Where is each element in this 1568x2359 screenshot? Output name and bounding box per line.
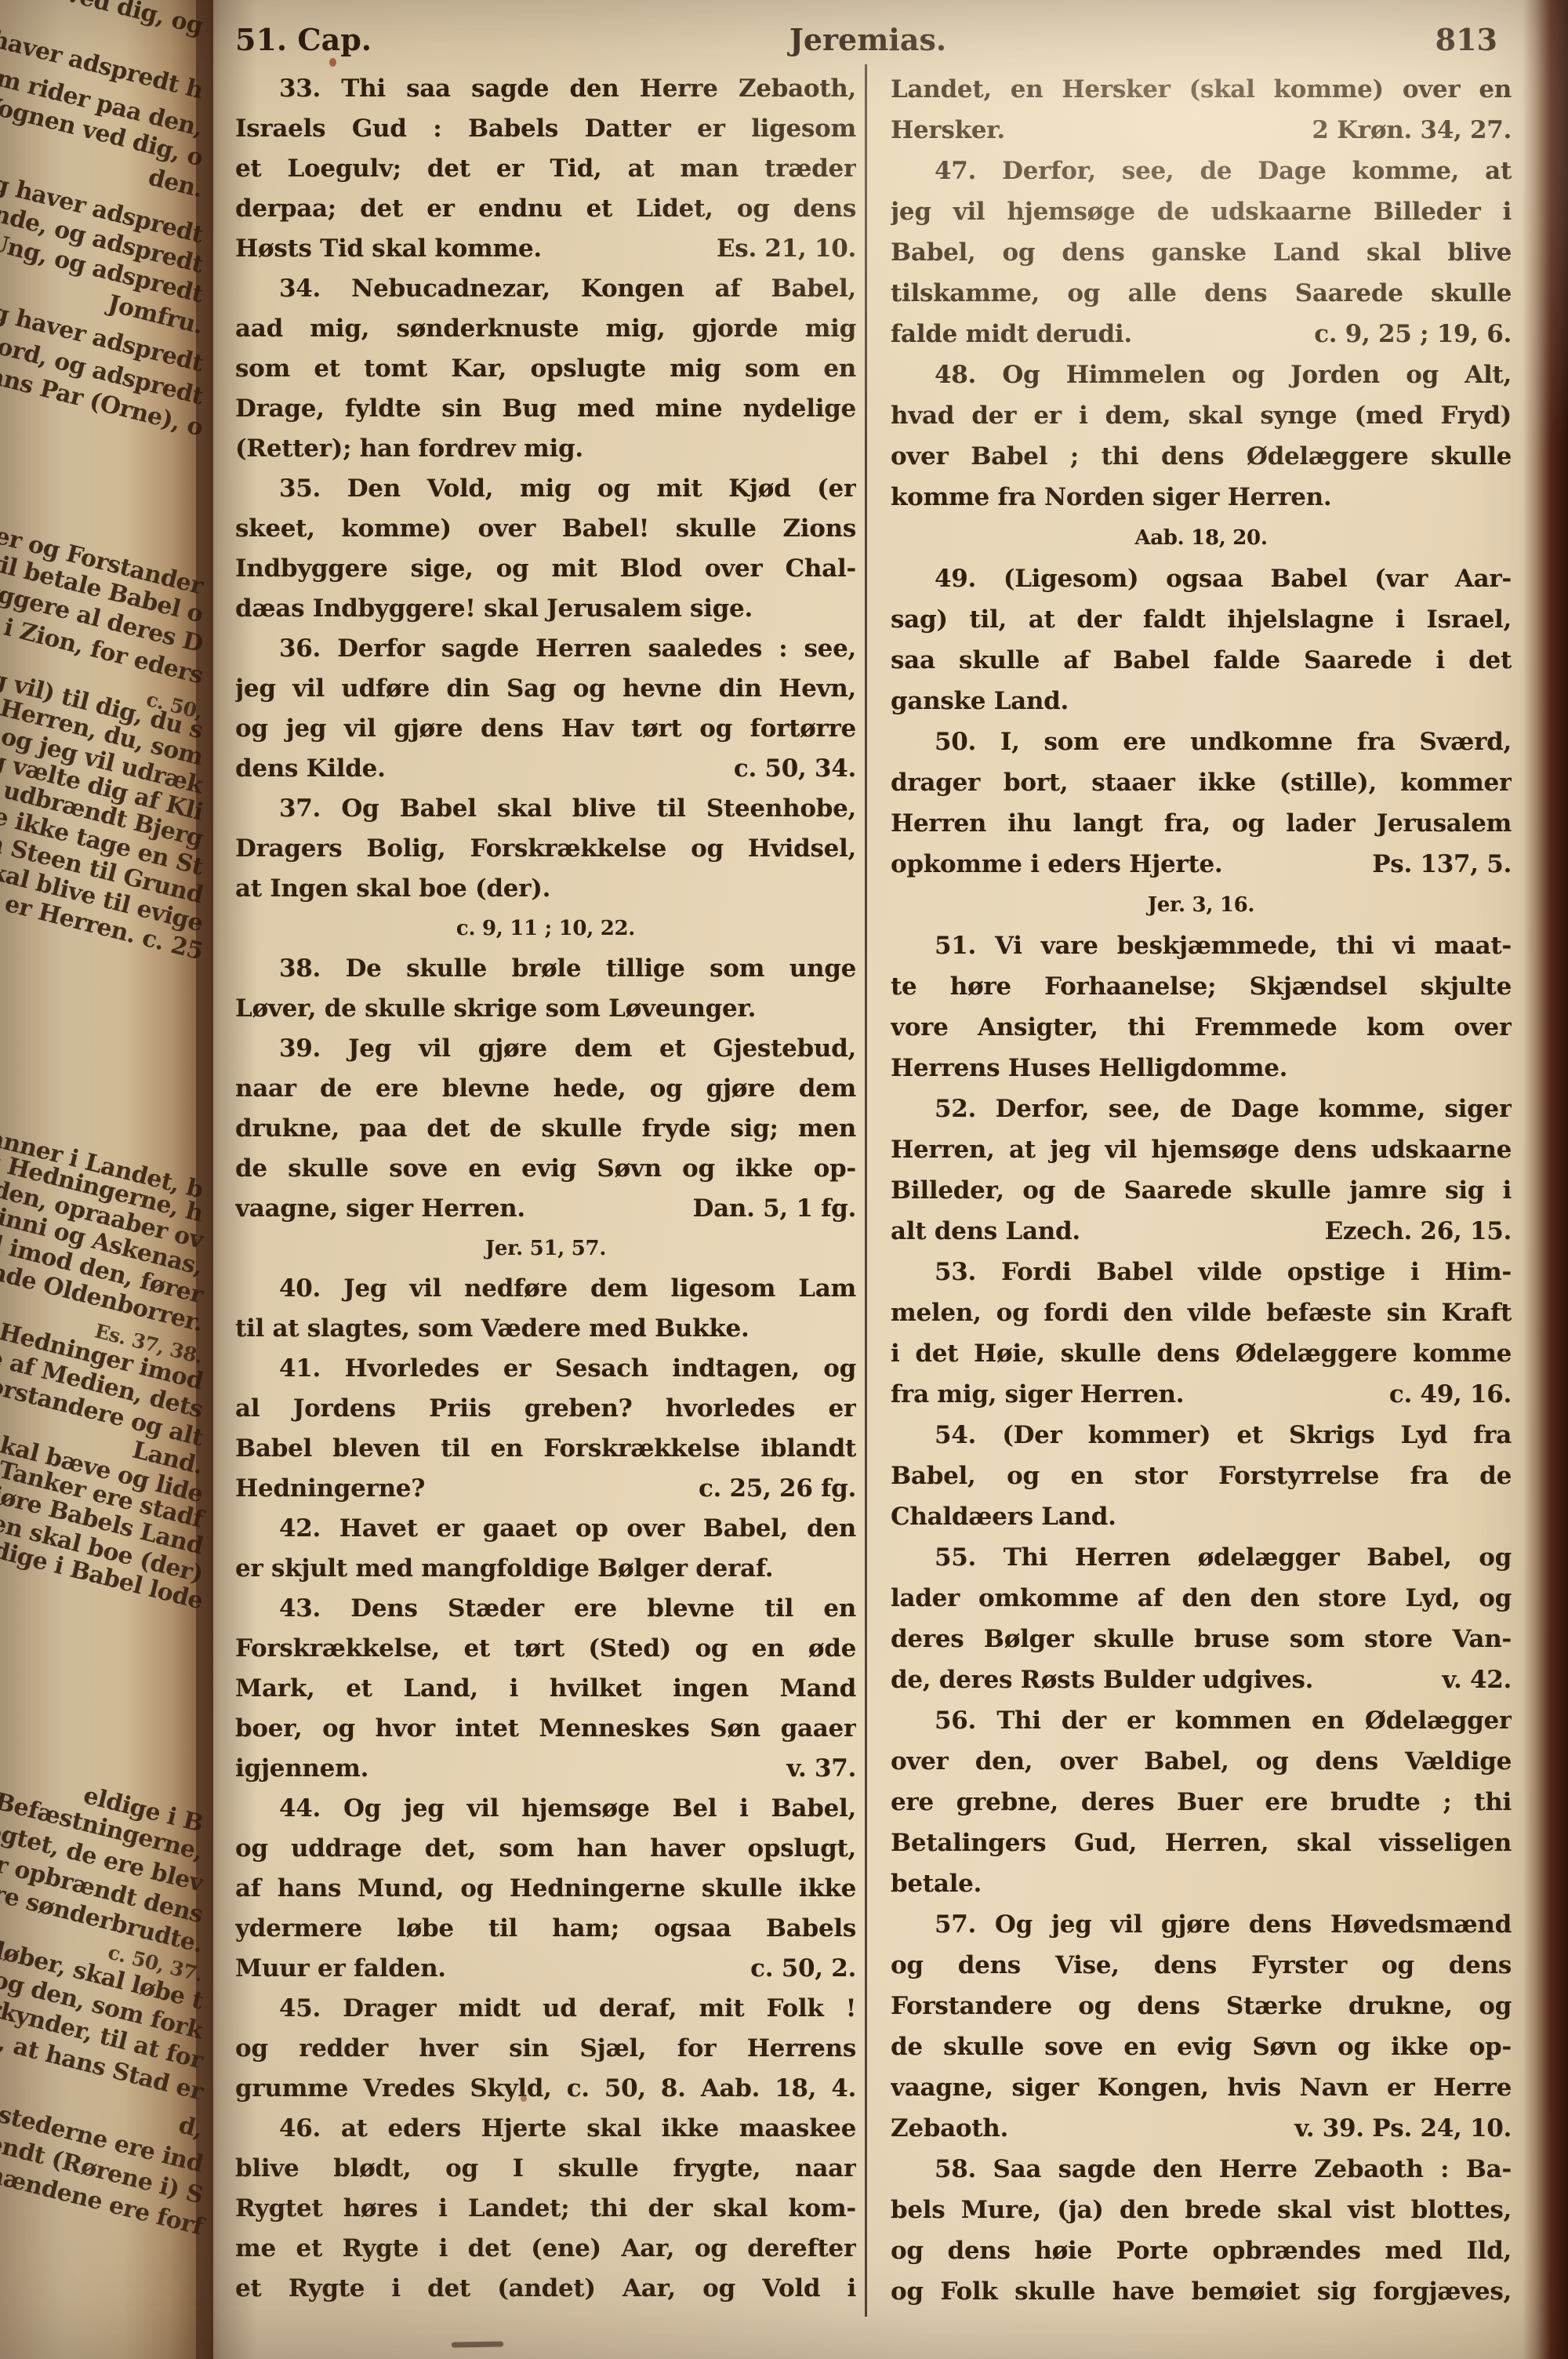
previous-page-curved-edge: inger ved dig, oghaver adspredt hom ride… bbox=[0, 0, 213, 2359]
verse-text-line: Herren, at jeg vil hjemsøge dens udskaar… bbox=[891, 1129, 1512, 1170]
verse-text-line: de, deres Røsts Bulder udgives.v. 42. bbox=[891, 1659, 1512, 1700]
verse-text-line: sag) til, at der faldt ihjelslagne i Isr… bbox=[891, 599, 1512, 640]
verse-text-line: 38. De skulle brøle tillige som unge bbox=[235, 949, 856, 989]
verse-text-line: 47. Derfor, see, de Dage komme, at bbox=[891, 151, 1512, 191]
verse-text: de, deres Røsts Bulder udgives. bbox=[891, 1659, 1313, 1700]
verse-text-line: 46. at eders Hjerte skal ikke maaskee bbox=[235, 2109, 856, 2149]
verse-text-line: al Jordens Priis greben? hvorledes er bbox=[235, 1389, 856, 1429]
verse-text-line: drukne, paa det de skulle fryde sig; men bbox=[235, 1109, 856, 1149]
verse-text-line: Drage, fyldte sin Bug med mine nydelige bbox=[235, 389, 856, 429]
verse-text-line: saa skulle af Babel falde Saarede i det bbox=[891, 640, 1512, 681]
verse-text-line: 57. Og jeg vil gjøre dens Høvedsmænd bbox=[891, 1904, 1512, 1945]
verse-text-line: 54. (Der kommer) et Skrigs Lyd fra bbox=[891, 1415, 1512, 1456]
cross-reference-line: Jer. 51, 57. bbox=[235, 1229, 856, 1269]
verse-text-line: jeg vil udføre din Sag og hevne din Hevn… bbox=[235, 669, 856, 709]
verse-text-line: 39. Jeg vil gjøre dem et Gjestebud, bbox=[235, 1029, 856, 1069]
book-title: Jeremias. bbox=[213, 22, 1523, 57]
verse-text-line: aad mig, sønderknuste mig, gjorde mig bbox=[235, 309, 856, 349]
verse-text-line: tilskamme, og alle dens Saarede skulle bbox=[891, 273, 1512, 314]
verse-text-line: Landet, en Hersker (skal komme) over en bbox=[891, 69, 1512, 110]
verse-text-line: Herren ihu langt fra, og lader Jerusalem bbox=[891, 803, 1512, 844]
verse-text-line: jeg vil hjemsøge de udskaarne Billeder i bbox=[891, 191, 1512, 232]
cross-reference-line: Jer. 3, 16. bbox=[891, 885, 1512, 925]
verse-text-line: 50. I, som ere undkomne fra Sværd, bbox=[891, 722, 1512, 762]
verse-reference: c. 25, 26 fg. bbox=[683, 1469, 856, 1509]
page-edge-mark bbox=[452, 2341, 503, 2347]
verse-reference: c. 50, 34. bbox=[718, 749, 856, 789]
verse-text-line: opkomme i eders Hjerte.Ps. 137, 5. bbox=[891, 844, 1512, 885]
verse-text-line: bels Mure, (ja) den brede skal vist blot… bbox=[891, 2190, 1512, 2230]
verse-reference: Dan. 5, 1 fg. bbox=[677, 1189, 856, 1229]
verse-text-line: de skulle sove en evig Søvn og ikke op- bbox=[891, 2026, 1512, 2067]
verse-text-line: de skulle sove en evig Søvn og ikke op- bbox=[235, 1149, 856, 1189]
verse-text-line: Løver, de skulle skrige som Løveunger. bbox=[235, 989, 856, 1029]
verse-text-line: dæas Indbyggere! skal Jerusalem sige. bbox=[235, 589, 856, 629]
verse-reference: v. 37. bbox=[771, 1749, 856, 1789]
verse-text-line: 48. Og Himmelen og Jorden og Alt, bbox=[891, 354, 1512, 395]
text-column-right: Landet, en Hersker (skal komme) over enH… bbox=[891, 69, 1512, 2312]
verse-text-line: melen, og fordi den vilde befæste sin Kr… bbox=[891, 1292, 1512, 1333]
verse-text: fra mig, siger Herren. bbox=[891, 1374, 1184, 1415]
page-number: 813 bbox=[1436, 22, 1497, 57]
verse-text-line: skeet, komme) over Babel! skulle Zions bbox=[235, 509, 856, 549]
verse-reference: v. 39. Ps. 24, 10. bbox=[1279, 2108, 1512, 2149]
verse-text-line: Billeder, og de Saarede skulle jamre sig… bbox=[891, 1170, 1512, 1211]
verse-text-line: lader omkomme af den den store Lyd, og bbox=[891, 1578, 1512, 1619]
verse-text-line: betale. bbox=[891, 1863, 1512, 1904]
verse-text-line: 33. Thi saa sagde den Herre Zebaoth, bbox=[235, 69, 856, 109]
verse-text-line: et Loegulv; det er Tid, at man træder bbox=[235, 149, 856, 189]
verse-reference: Ezech. 26, 15. bbox=[1309, 1211, 1512, 1252]
text-column-left: 33. Thi saa sagde den Herre Zebaoth,Isra… bbox=[235, 69, 856, 2309]
verse-text-line: Forstandere og dens Stærke drukne, og bbox=[891, 1986, 1512, 2026]
verse-text-line: falde midt derudi.c. 9, 25 ; 19, 6. bbox=[891, 314, 1512, 354]
verse-text-line: Babel bleven til en Forskrækkelse ibland… bbox=[235, 1429, 856, 1469]
verse-text-line: vaagne, siger Kongen, hvis Navn er Herre bbox=[891, 2067, 1512, 2108]
verse-text-line: 41. Hvorledes er Sesach indtagen, og bbox=[235, 1349, 856, 1389]
verse-text: Muur er falden. bbox=[235, 1949, 446, 1989]
verse-text-line: og Folk skulle have bemøiet sig forgjæve… bbox=[891, 2271, 1512, 2312]
verse-text: igjennem. bbox=[235, 1749, 368, 1789]
verse-text-line: 55. Thi Herren ødelægger Babel, og bbox=[891, 1537, 1512, 1578]
verse-text-line: naar de ere blevne hede, og gjøre dem bbox=[235, 1069, 856, 1109]
verse-text-line: Herrens Huses Helligdomme. bbox=[891, 1048, 1512, 1089]
verse-reference: c. 50, 2. bbox=[735, 1949, 856, 1989]
column-divider-rule bbox=[865, 64, 867, 2317]
verse-text-line: Chaldæers Land. bbox=[891, 1496, 1512, 1537]
verse-text-line: et Rygte i det (andet) Aar, og Vold i bbox=[235, 2269, 856, 2309]
verse-text-line: Muur er falden.c. 50, 2. bbox=[235, 1949, 856, 1989]
verse-text-line: og dens Vise, dens Fyrster og dens bbox=[891, 1945, 1512, 1986]
verse-text-line: me et Rygte i det (ene) Aar, og derefter bbox=[235, 2229, 856, 2269]
verse-text-line: Betalingers Gud, Herren, skal visseligen bbox=[891, 1823, 1512, 1863]
verse-text-line: 36. Derfor sagde Herren saaledes : see, bbox=[235, 629, 856, 669]
verse-text-line: boer, og hvor intet Menneskes Søn gaaer bbox=[235, 1709, 856, 1749]
verse-text-line: 51. Vi vare beskjæmmede, thi vi maat- bbox=[891, 925, 1512, 966]
verse-text: opkomme i eders Hjerte. bbox=[891, 844, 1222, 885]
verse-text-line: deres Bølger skulle bruse som store Van- bbox=[891, 1619, 1512, 1659]
verse-text-line: 40. Jeg vil nedføre dem ligesom Lam bbox=[235, 1269, 856, 1309]
verse-text-line: og uddrage det, som han haver opslugt, bbox=[235, 1829, 856, 1869]
verse-text-line: Israels Gud : Babels Datter er ligesom bbox=[235, 109, 856, 149]
verse-text-line: over den, over Babel, og dens Vældige bbox=[891, 1741, 1512, 1782]
verse-text-line: til at slagtes, som Vædere med Bukke. bbox=[235, 1309, 856, 1349]
verse-text-line: hvad der er i dem, skal synge (med Fryd) bbox=[891, 395, 1512, 436]
verse-text-line: Mark, et Land, i hvilket ingen Mand bbox=[235, 1669, 856, 1709]
verse-text-line: 53. Fordi Babel vilde opstige i Him- bbox=[891, 1252, 1512, 1292]
verse-text-line: af hans Mund, og Hedningerne skulle ikke bbox=[235, 1869, 856, 1909]
verse-text: Høsts Tid skal komme. bbox=[235, 229, 542, 269]
verse-text-line: Dragers Bolig, Forskrækkelse og Hvidsel, bbox=[235, 829, 856, 869]
verse-text-line: som et tomt Kar, opslugte mig som en bbox=[235, 349, 856, 389]
verse-text-line: derpaa; det er endnu et Lidet, og dens bbox=[235, 189, 856, 229]
verse-text-line: 34. Nebucadnezar, Kongen af Babel, bbox=[235, 269, 856, 309]
verse-text-line: Høsts Tid skal komme.Es. 21, 10. bbox=[235, 229, 856, 269]
verse-text-line: Indbyggere sige, og mit Blod over Chal- bbox=[235, 549, 856, 589]
verse-text-line: 56. Thi der er kommen en Ødelægger bbox=[891, 1700, 1512, 1741]
verse-reference: c. 49, 16. bbox=[1374, 1374, 1512, 1415]
verse-text-line: grumme Vredes Skyld, c. 50, 8. Aab. 18, … bbox=[235, 2069, 856, 2109]
verse-reference: Es. 21, 10. bbox=[701, 229, 856, 269]
cross-reference-line: c. 9, 11 ; 10, 22. bbox=[235, 909, 856, 949]
verse-text-line: 58. Saa sagde den Herre Zebaoth : Ba- bbox=[891, 2149, 1512, 2190]
page-header: 51. Cap. Jeremias. 813 bbox=[213, 22, 1523, 67]
verse-text: vaagne, siger Herren. bbox=[235, 1189, 525, 1229]
verse-text-line: fra mig, siger Herren.c. 49, 16. bbox=[891, 1374, 1512, 1415]
verse-text-line: Rygtet høres i Landet; thi der skal kom- bbox=[235, 2189, 856, 2229]
verse-text: Hersker. bbox=[891, 110, 1005, 151]
verse-reference: c. 9, 25 ; 19, 6. bbox=[1298, 314, 1512, 354]
verse-text-line: ydermere løbe til ham; ogsaa Babels bbox=[235, 1909, 856, 1949]
verse-text-line: 44. Og jeg vil hjemsøge Bel i Babel, bbox=[235, 1789, 856, 1829]
verse-text-line: 45. Drager midt ud deraf, mit Folk ! bbox=[235, 1989, 856, 2029]
verse-text-line: Babel, og en stor Forstyrrelse fra de bbox=[891, 1456, 1512, 1496]
verse-text-line: blive blødt, og I skulle frygte, naar bbox=[235, 2149, 856, 2189]
verse-text-line: 49. (Ligesom) ogsaa Babel (var Aar- bbox=[891, 558, 1512, 599]
verse-text-line: 52. Derfor, see, de Dage komme, siger bbox=[891, 1089, 1512, 1129]
verse-text-line: vaagne, siger Herren.Dan. 5, 1 fg. bbox=[235, 1189, 856, 1229]
verse-text-line: 42. Havet er gaaet op over Babel, den bbox=[235, 1509, 856, 1549]
verse-text: Zebaoth. bbox=[891, 2108, 1008, 2149]
verse-text-line: te høre Forhaanelse; Skjændsel skjulte bbox=[891, 966, 1512, 1007]
verse-text-line: Hedningerne?c. 25, 26 fg. bbox=[235, 1469, 856, 1509]
photo-dark-edge bbox=[1523, 0, 1568, 2359]
verse-text-line: i det Høie, skulle dens Ødelæggere komme bbox=[891, 1333, 1512, 1374]
verse-text-line: Forskrækkelse, et tørt (Sted) og en øde bbox=[235, 1629, 856, 1669]
verse-text-line: (Retter); han fordrev mig. bbox=[235, 429, 856, 469]
verse-text-line: og jeg vil gjøre dens Hav tørt og fortør… bbox=[235, 709, 856, 749]
verse-text-line: 35. Den Vold, mig og mit Kjød (er bbox=[235, 469, 856, 509]
verse-text-line: 37. Og Babel skal blive til Steenhobe, bbox=[235, 789, 856, 829]
verse-text: alt dens Land. bbox=[891, 1211, 1080, 1252]
verse-reference: Ps. 137, 5. bbox=[1356, 844, 1512, 885]
verse-text-line: at Ingen skal boe (der). bbox=[235, 869, 856, 909]
verse-text-line: ere grebne, deres Buer ere brudte ; thi bbox=[891, 1782, 1512, 1823]
verse-text-line: og redder hver sin Sjæl, for Herrens bbox=[235, 2029, 856, 2069]
verse-text-line: Babel, og dens ganske Land skal blive bbox=[891, 232, 1512, 273]
verse-text-line: vore Ansigter, thi Fremmede kom over bbox=[891, 1007, 1512, 1048]
verse-text-line: alt dens Land.Ezech. 26, 15. bbox=[891, 1211, 1512, 1252]
verse-text-line: ganske Land. bbox=[891, 681, 1512, 722]
verse-text-line: Zebaoth.v. 39. Ps. 24, 10. bbox=[891, 2108, 1512, 2149]
verse-reference: 2 Krøn. 34, 27. bbox=[1296, 110, 1512, 151]
cross-reference-line: Aab. 18, 20. bbox=[891, 518, 1512, 558]
verse-reference: v. 42. bbox=[1426, 1659, 1512, 1700]
verse-text-line: er skjult med mangfoldige Bølger deraf. bbox=[235, 1549, 856, 1589]
verse-text-line: komme fra Norden siger Herren. bbox=[891, 477, 1512, 518]
verse-text-line: over Babel ; thi dens Ødelæggere skulle bbox=[891, 436, 1512, 477]
verse-text: Hedningerne? bbox=[235, 1469, 425, 1509]
verse-text-line: drager bort, staaer ikke (stille), komme… bbox=[891, 762, 1512, 803]
verse-text-line: Hersker.2 Krøn. 34, 27. bbox=[891, 110, 1512, 151]
verse-text: dens Kilde. bbox=[235, 749, 386, 789]
book-page-photo: inger ved dig, oghaver adspredt hom ride… bbox=[0, 0, 1568, 2359]
verse-text-line: og dens høie Porte opbrændes med Ild, bbox=[891, 2230, 1512, 2271]
verse-text: falde midt derudi. bbox=[891, 314, 1132, 354]
verse-text-line: igjennem.v. 37. bbox=[235, 1749, 856, 1789]
verse-text-line: dens Kilde.c. 50, 34. bbox=[235, 749, 856, 789]
verse-text-line: 43. Dens Stæder ere blevne til en bbox=[235, 1589, 856, 1629]
